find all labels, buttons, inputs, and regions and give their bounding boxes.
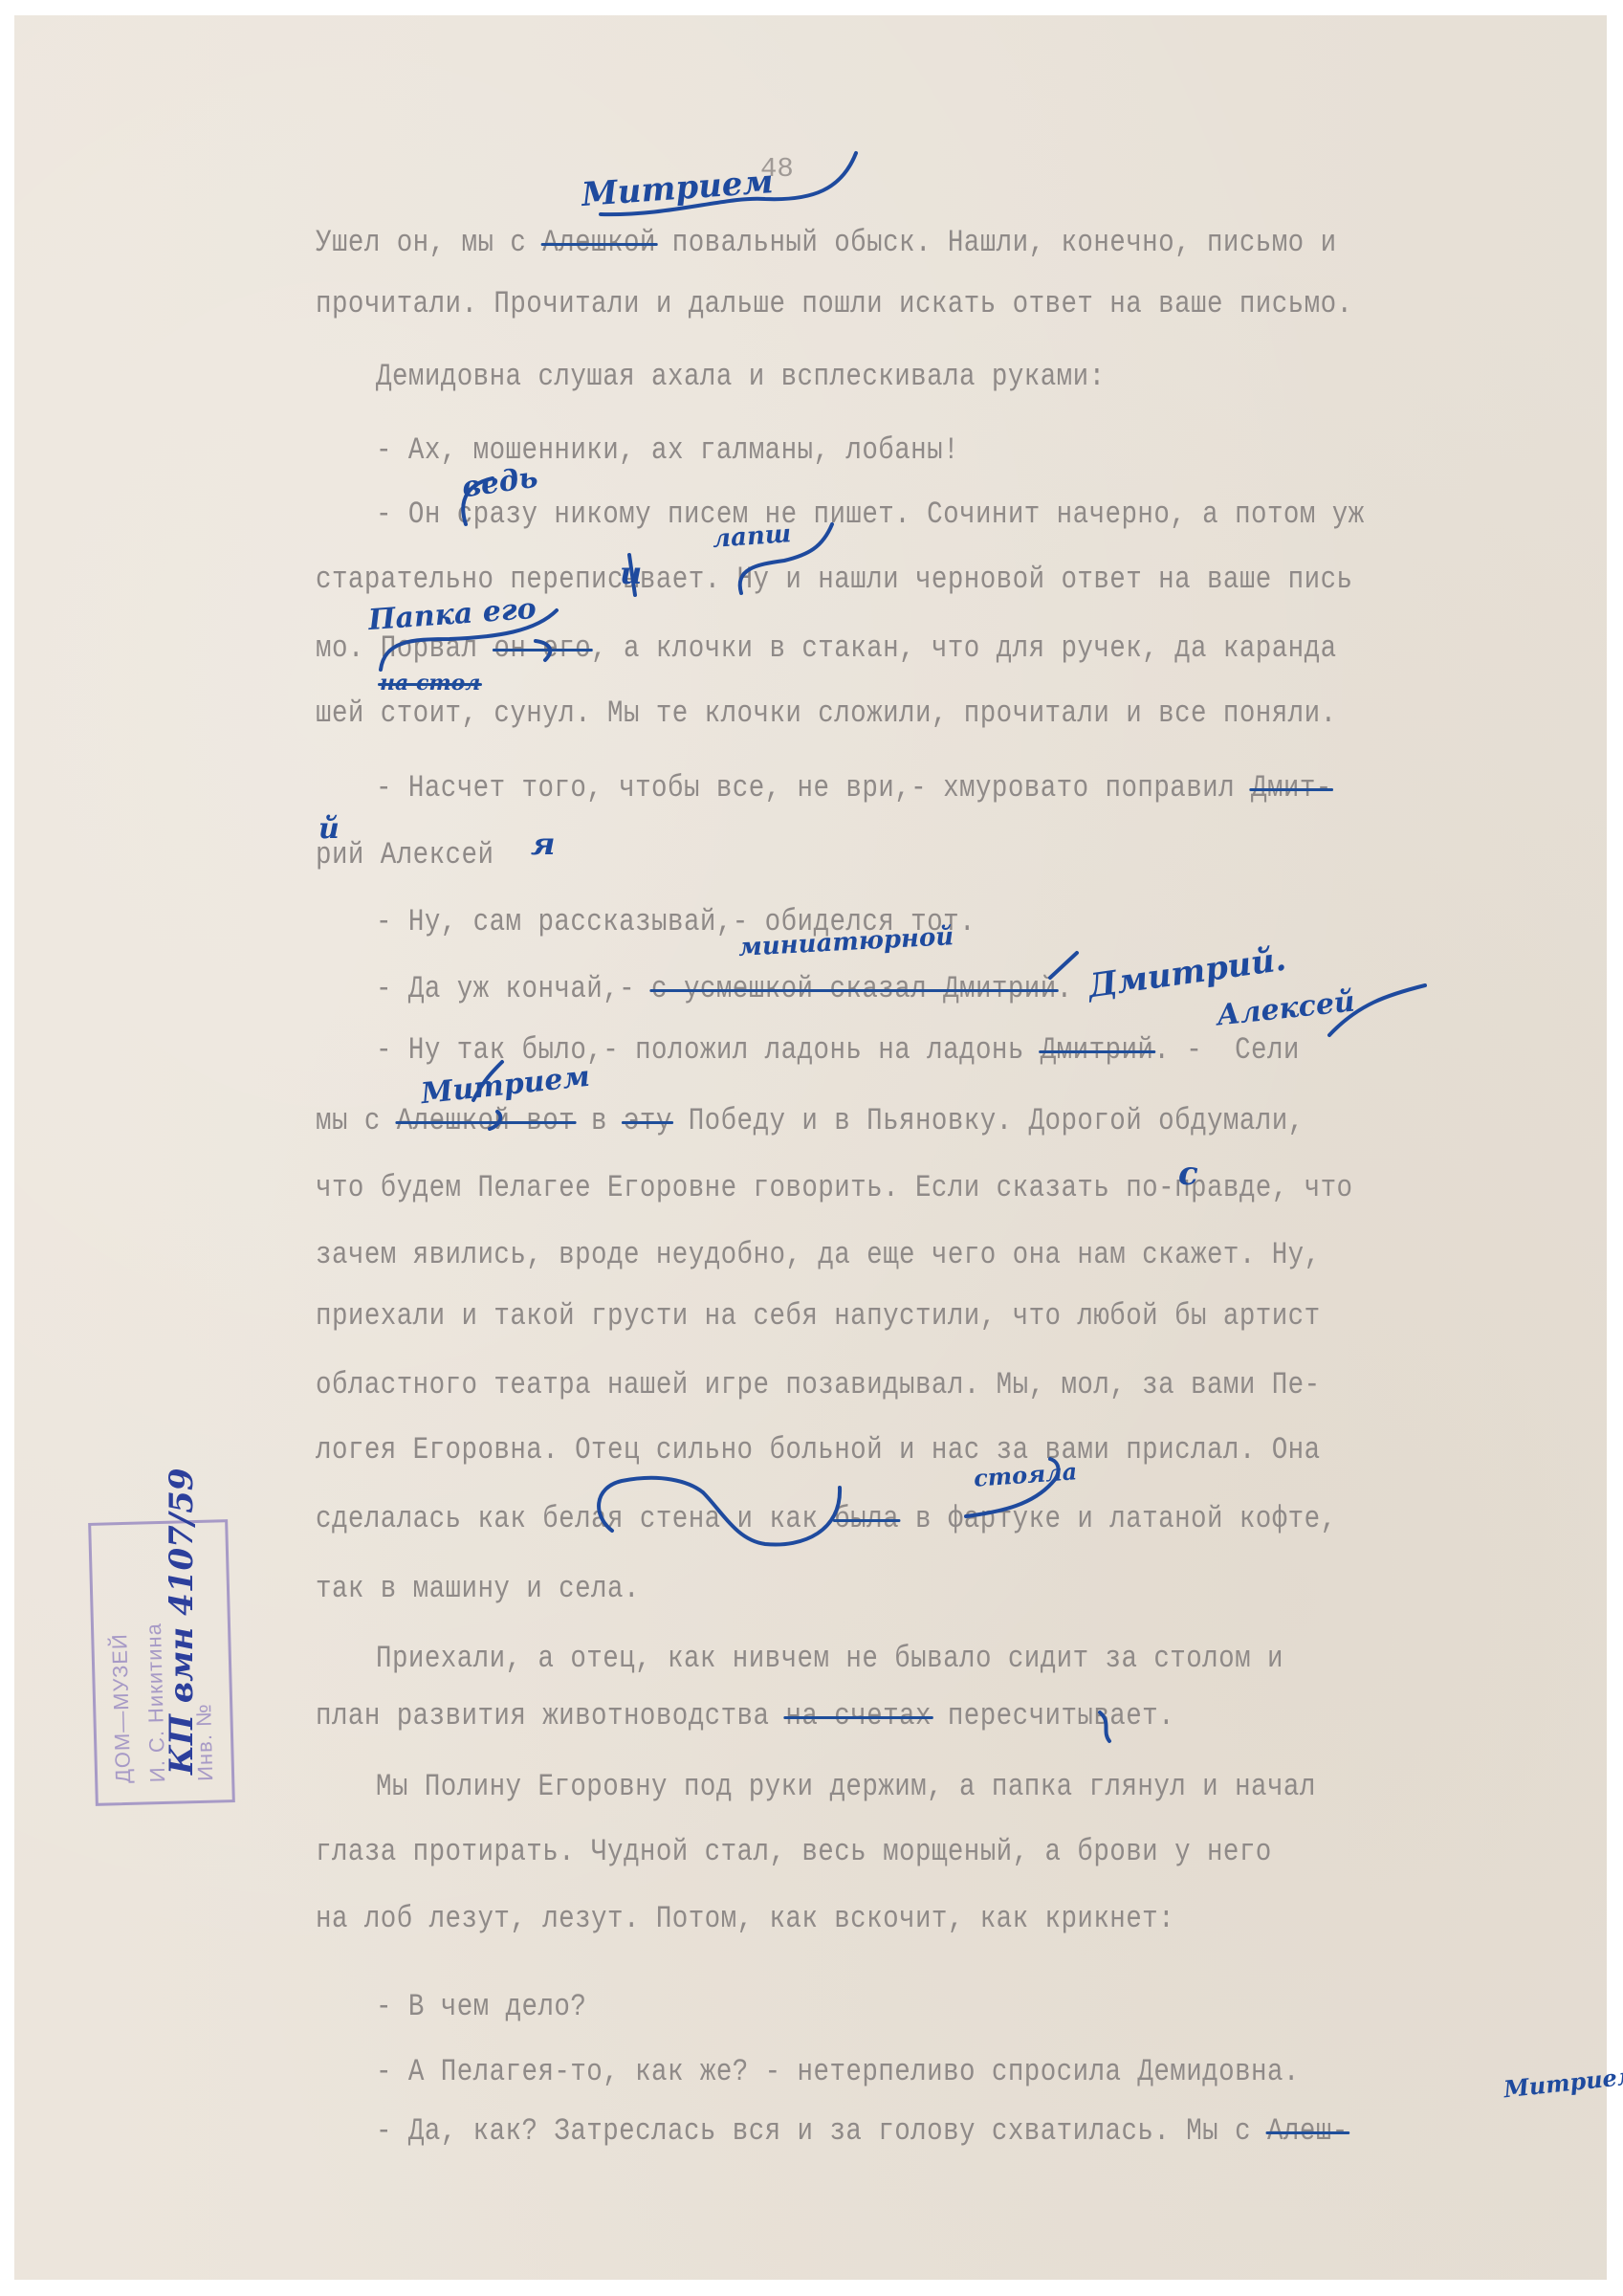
text-line: логея Егоровна. Отец сильно больной и на… bbox=[316, 1435, 1321, 1466]
text-line: рий Алексей bbox=[316, 840, 493, 871]
text-segment: логея Егоровна. Отец сильно больной и на… bbox=[316, 1432, 1321, 1468]
text-line: Мы Полину Егоровну под руки держим, а па… bbox=[376, 1772, 1316, 1802]
handwritten-annotation: с bbox=[1178, 1158, 1198, 1190]
text-segment: - Насчет того, чтобы все, не ври,- хмуро… bbox=[376, 770, 1251, 806]
struck-text: на счетах bbox=[785, 1698, 932, 1733]
text-segment: сделалась как белая стена и как bbox=[316, 1501, 834, 1536]
text-segment: так в машину и села. bbox=[316, 1571, 640, 1606]
handwritten-annotation: я bbox=[531, 828, 555, 859]
text-line: прочитали. Прочитали и дальше пошли иска… bbox=[316, 289, 1352, 320]
museum-stamp: ДОМ—МУЗЕЙ И. С. Никитина Инв. № bbox=[88, 1519, 235, 1806]
text-segment: - Он сразу никому писем не пишет. Сочини… bbox=[376, 497, 1365, 532]
text-line: шей стоит, сунул. Мы те клочки сложили, … bbox=[316, 698, 1337, 729]
stamp-line-1: ДОМ—МУЗЕЙ bbox=[107, 1633, 136, 1784]
stamp-handwritten-number: КП вмн 4107/59 bbox=[163, 1468, 201, 1775]
text-line: - Насчет того, чтобы все, не ври,- хмуро… bbox=[376, 773, 1332, 804]
text-segment: пересчитывает. bbox=[932, 1698, 1174, 1733]
text-segment: прочитали. Прочитали и дальше пошли иска… bbox=[316, 286, 1352, 321]
text-line: план развития животноводства на счетах п… bbox=[316, 1701, 1174, 1732]
document-page bbox=[14, 15, 1607, 2280]
text-segment: зачем явились, вроде неудобно, да еще че… bbox=[316, 1237, 1321, 1272]
struck-text: Дмитрий bbox=[1041, 1032, 1154, 1068]
text-segment: Мы Полину Егоровну под руки держим, а па… bbox=[376, 1769, 1316, 1804]
handwritten-annotation: и bbox=[620, 558, 642, 588]
handwritten-annotation: й bbox=[318, 815, 340, 844]
text-segment: план развития животноводства bbox=[316, 1698, 785, 1733]
handwritten-annotation: лапш bbox=[712, 521, 792, 552]
text-segment: - В чем дело? bbox=[376, 1989, 586, 2024]
handwritten-annotation: на стол bbox=[380, 673, 480, 694]
text-line: - Ну так было,- положил ладонь на ладонь… bbox=[376, 1035, 1300, 1066]
text-segment: , а клочки в стакан, что для ручек, да к… bbox=[591, 630, 1336, 666]
text-segment: старательно переписывает. Ну и нашли чер… bbox=[316, 562, 1352, 597]
text-segment: мо. Порвал bbox=[316, 630, 493, 666]
struck-text: эту bbox=[624, 1103, 672, 1138]
text-segment: - А Пелагея-то, как же? - нетерпеливо сп… bbox=[376, 2054, 1300, 2089]
text-segment: мы с bbox=[316, 1103, 397, 1138]
struck-text: он его bbox=[493, 630, 591, 666]
struck-text: Алешкой bbox=[542, 225, 656, 260]
text-segment: на лоб лезут, лезут. Потом, как вскочит,… bbox=[316, 1901, 1174, 1936]
text-segment: в bbox=[575, 1103, 624, 1138]
text-segment: - Ну так было,- положил ладонь на ладонь bbox=[376, 1032, 1041, 1068]
text-segment: в фартуке и латаной кофте, bbox=[899, 1501, 1337, 1536]
handwritten-annotation: стояла bbox=[973, 1460, 1078, 1490]
text-segment: Ушел он, мы с bbox=[316, 225, 542, 260]
text-segment: шей стоит, сунул. Мы те клочки сложили, … bbox=[316, 695, 1337, 731]
text-segment: . - Сели bbox=[1153, 1032, 1300, 1068]
text-line: - А Пелагея-то, как же? - нетерпеливо сп… bbox=[376, 2057, 1300, 2087]
text-segment: Демидовна слушая ахала и всплескивала ру… bbox=[376, 359, 1106, 394]
text-segment: Победу и в Пьяновку. Дорогой обдумали, bbox=[672, 1103, 1305, 1138]
text-line: сделалась как белая стена и как была в ф… bbox=[316, 1504, 1337, 1534]
text-line: - Да уж кончай,- с усмешкой сказал Дмитр… bbox=[376, 974, 1073, 1004]
text-line: так в машину и села. bbox=[316, 1574, 640, 1604]
text-segment: - Да уж кончай,- bbox=[376, 971, 651, 1006]
text-line: зачем явились, вроде неудобно, да еще че… bbox=[316, 1240, 1321, 1270]
text-line: мо. Порвал он его, а клочки в стакан, чт… bbox=[316, 633, 1337, 664]
text-segment: повальный обыск. Нашли, конечно, письмо … bbox=[656, 225, 1337, 260]
struck-text: с усмешкой сказал Дмитрий bbox=[651, 971, 1057, 1006]
text-line: Приехали, а отец, как нивчем не бывало с… bbox=[376, 1644, 1283, 1674]
text-line: областного театра нашей игре позавидывал… bbox=[316, 1370, 1321, 1401]
text-segment: приехали и такой грусти на себя напустил… bbox=[316, 1298, 1321, 1334]
text-segment: - Да, как? Затреслась вся и за голову сх… bbox=[376, 2113, 1267, 2149]
text-line: глаза протирать. Чудной стал, весь морще… bbox=[316, 1837, 1272, 1867]
text-segment: Приехали, а отец, как нивчем не бывало с… bbox=[376, 1641, 1283, 1676]
text-line: Демидовна слушая ахала и всплескивала ру… bbox=[376, 362, 1106, 392]
text-line: на лоб лезут, лезут. Потом, как вскочит,… bbox=[316, 1904, 1174, 1934]
text-line: - Он сразу никому писем не пишет. Сочини… bbox=[376, 499, 1365, 530]
text-line: приехали и такой грусти на себя напустил… bbox=[316, 1301, 1321, 1332]
struck-text: была bbox=[834, 1501, 899, 1536]
text-segment: областного театра нашей игре позавидывал… bbox=[316, 1367, 1321, 1402]
text-line: мы с Алешкой вот в эту Победу и в Пьянов… bbox=[316, 1106, 1305, 1137]
text-segment: глаза протирать. Чудной стал, весь морще… bbox=[316, 1834, 1272, 1869]
text-line: - Да, как? Затреслась вся и за голову сх… bbox=[376, 2116, 1349, 2147]
text-segment: рий Алексей bbox=[316, 837, 493, 872]
text-line: - Ах, мошенники, ах галманы, лобаны! bbox=[376, 435, 959, 466]
text-line: - В чем дело? bbox=[376, 1992, 586, 2022]
text-line: Ушел он, мы с Алешкой повальный обыск. Н… bbox=[316, 228, 1337, 258]
text-segment: - Ах, мошенники, ах галманы, лобаны! bbox=[376, 432, 959, 468]
struck-text: Дмит- bbox=[1251, 770, 1332, 806]
text-segment: . bbox=[1057, 971, 1073, 1006]
struck-text: Алеш- bbox=[1267, 2113, 1349, 2149]
text-line: старательно переписывает. Ну и нашли чер… bbox=[316, 564, 1352, 595]
